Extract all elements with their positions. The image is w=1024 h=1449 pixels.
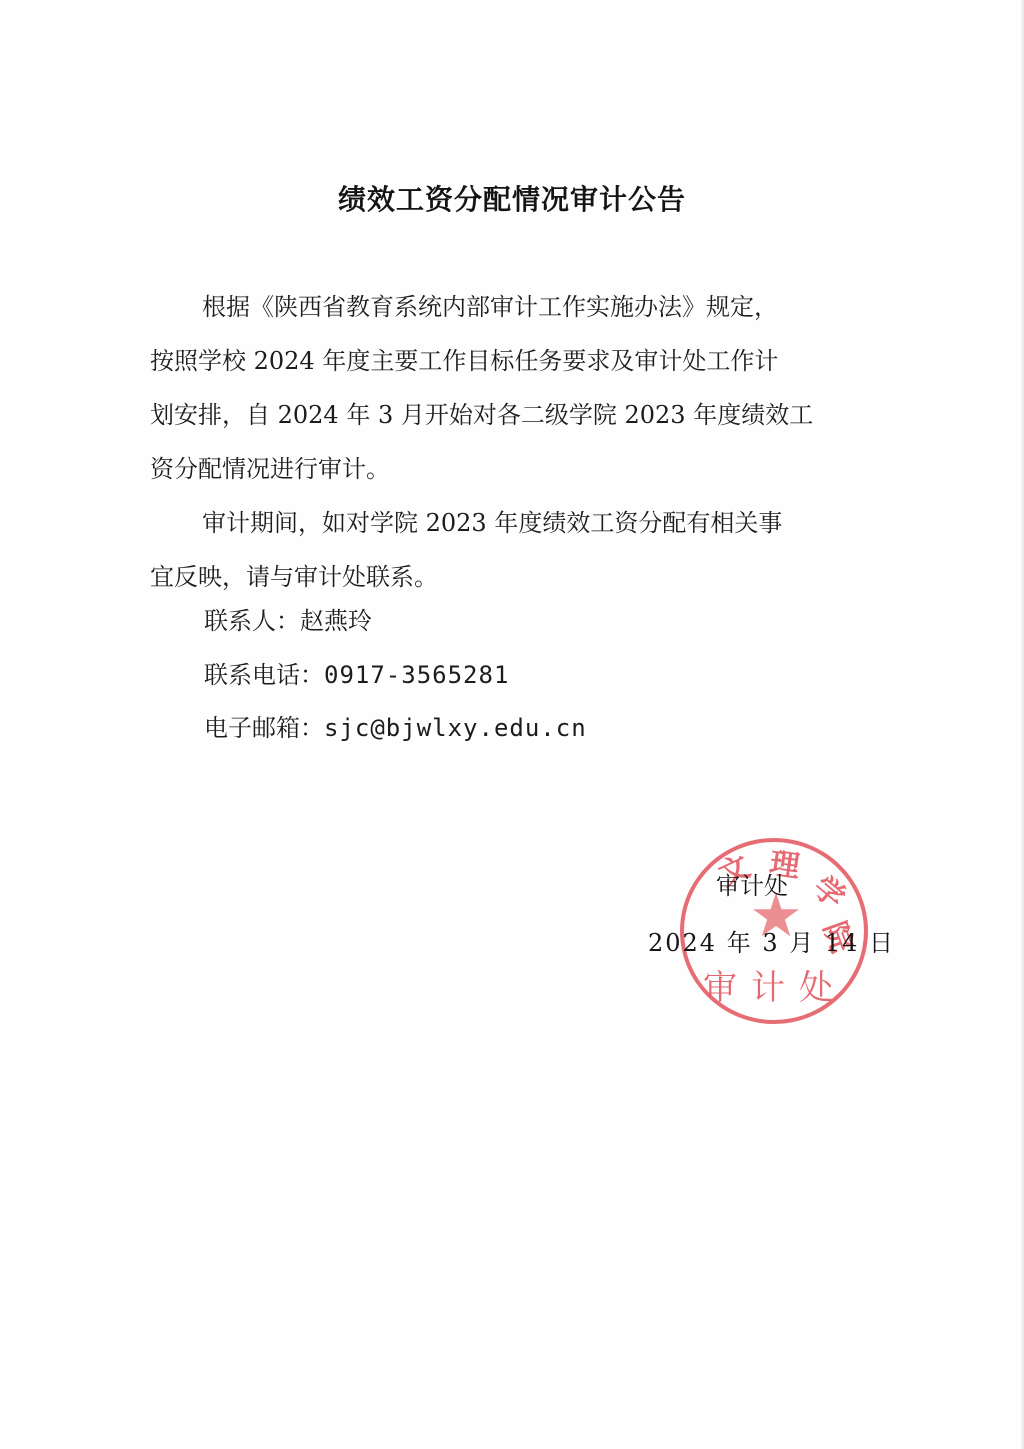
contact-email-label: 电子邮箱： (204, 714, 324, 742)
signature-date: 2024 年 3 月 14 日 (648, 923, 895, 958)
contact-phone-label: 联系电话： (204, 661, 324, 689)
signature-department: 审计处 (716, 866, 788, 901)
document-page: 绩效工资分配情况审计公告 根据《陕西省教育系统内部审计工作实施办法》规定， 按照… (0, 0, 1024, 1449)
seal-center-text: 审计处 (700, 960, 850, 1009)
contact-person: 联系人：赵燕玲 (204, 606, 372, 636)
paragraph-2-line-2: 宜反映，请与审计处联系。 (150, 550, 866, 604)
paragraph-1-line-4: 资分配情况进行审计。 (150, 442, 866, 496)
paragraph-2-line-1: 审计期间，如对学院 2023 年度绩效工资分配有相关事 (150, 496, 866, 550)
paragraph-1-line-1: 根据《陕西省教育系统内部审计工作实施办法》规定， (150, 280, 866, 334)
contact-phone: 联系电话：0917-3565281 (204, 660, 509, 690)
contact-email: 电子邮箱：sjc@bjwlxy.edu.cn (204, 713, 587, 743)
contact-phone-value: 0917-3565281 (324, 661, 509, 689)
contact-person-value: 赵燕玲 (300, 607, 372, 635)
paragraph-1-line-2: 按照学校 2024 年度主要工作目标任务要求及审计处工作计 (150, 334, 866, 388)
paragraph-1-line-3: 划安排，自 2024 年 3 月开始对各二级学院 2023 年度绩效工 (150, 388, 866, 442)
contact-email-value[interactable]: sjc@bjwlxy.edu.cn (324, 714, 587, 742)
paragraph-2: 审计期间，如对学院 2023 年度绩效工资分配有相关事 宜反映，请与审计处联系。 (150, 496, 866, 604)
document-title: 绩效工资分配情况审计公告 (0, 178, 1024, 218)
contact-person-label: 联系人： (204, 607, 300, 635)
paragraph-1: 根据《陕西省教育系统内部审计工作实施办法》规定， 按照学校 2024 年度主要工… (150, 280, 866, 496)
